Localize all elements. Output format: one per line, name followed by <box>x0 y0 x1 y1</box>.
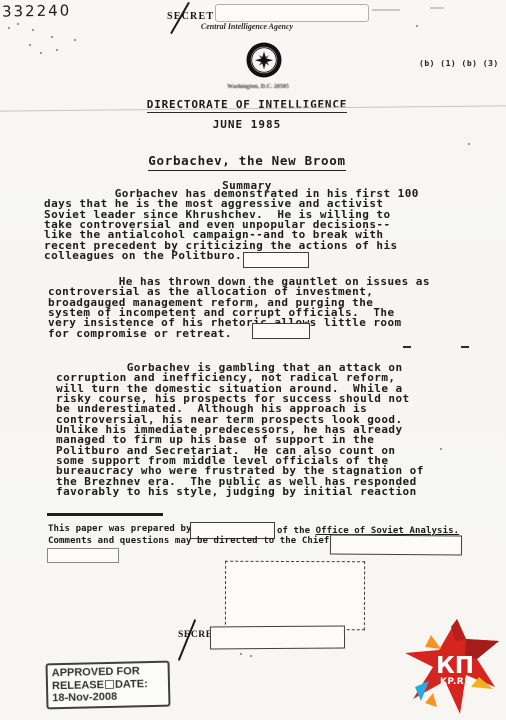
release-stamp-line2a: RELEASE <box>52 679 104 692</box>
exemption-codes: (b) (1) (b) (3) <box>419 59 499 68</box>
scan-speckle <box>74 39 76 41</box>
release-stamp: APPROVED FOR RELEASEDATE: 18-Nov-2008 <box>45 661 170 709</box>
scan-speckle <box>250 655 252 657</box>
document-title: Gorbachev, the New Broom <box>148 153 345 171</box>
scan-speckle <box>240 653 242 655</box>
classification-top: SECRET <box>167 11 214 22</box>
directorate-heading: DIRECTORATE OF INTELLIGENCE <box>147 98 347 113</box>
cia-seal-icon <box>245 41 283 79</box>
scan-speckle <box>29 44 31 46</box>
scan-artifact-line <box>372 9 400 11</box>
release-stamp-line3: 18-Nov-2008 <box>52 690 164 705</box>
doc-number: 332240 <box>2 1 72 20</box>
summary-paragraph-2: He has thrown down the gauntlet on issue… <box>48 277 430 339</box>
footnote-line2: Comments and questions may be directed t… <box>48 536 335 546</box>
summary-paragraph-3: Gorbachev is gambling that an attack on … <box>56 363 424 497</box>
kpru-watermark-logo: КП KP.RU <box>402 617 504 717</box>
kpru-site: KP.RU <box>440 677 472 687</box>
redaction-box <box>252 323 310 339</box>
scan-speckle <box>468 143 470 145</box>
scan-speckle <box>440 448 442 450</box>
summary-paragraph-1: Gorbachev has demonstrated in his first … <box>44 189 419 261</box>
declassification-slash <box>178 619 196 661</box>
scan-artifact-line <box>430 7 444 9</box>
scan-artifact-dash <box>461 346 469 348</box>
redaction-box <box>243 252 309 268</box>
redaction-box <box>215 4 369 22</box>
redaction-box <box>210 626 345 650</box>
agency-name: Central Intelligence Agency <box>0 22 494 31</box>
scan-artifact-dash <box>403 346 411 348</box>
redaction-box <box>330 535 462 556</box>
issue-date: JUNE 1985 <box>0 118 494 131</box>
redaction-box <box>47 548 119 563</box>
scan-speckle <box>56 49 58 51</box>
footnote-line1-mid: of the <box>277 526 316 536</box>
agency-address: Washington, D.C. 20505 <box>10 84 506 90</box>
scan-speckle <box>51 36 53 38</box>
release-stamp-line2b: DATE: <box>115 678 148 691</box>
scan-speckle <box>40 52 42 54</box>
kpru-initials: КП <box>436 653 474 679</box>
stamp-square-artifact <box>105 679 114 688</box>
document-page: 332240 SECRET Central Intelligence Agenc… <box>0 0 506 720</box>
footnote-divider <box>47 513 163 516</box>
title-wrap: Gorbachev, the New Broom <box>0 150 494 169</box>
redaction-box-large <box>225 561 365 630</box>
footnote-line1-pre: This paper was prepared by <box>48 524 191 534</box>
